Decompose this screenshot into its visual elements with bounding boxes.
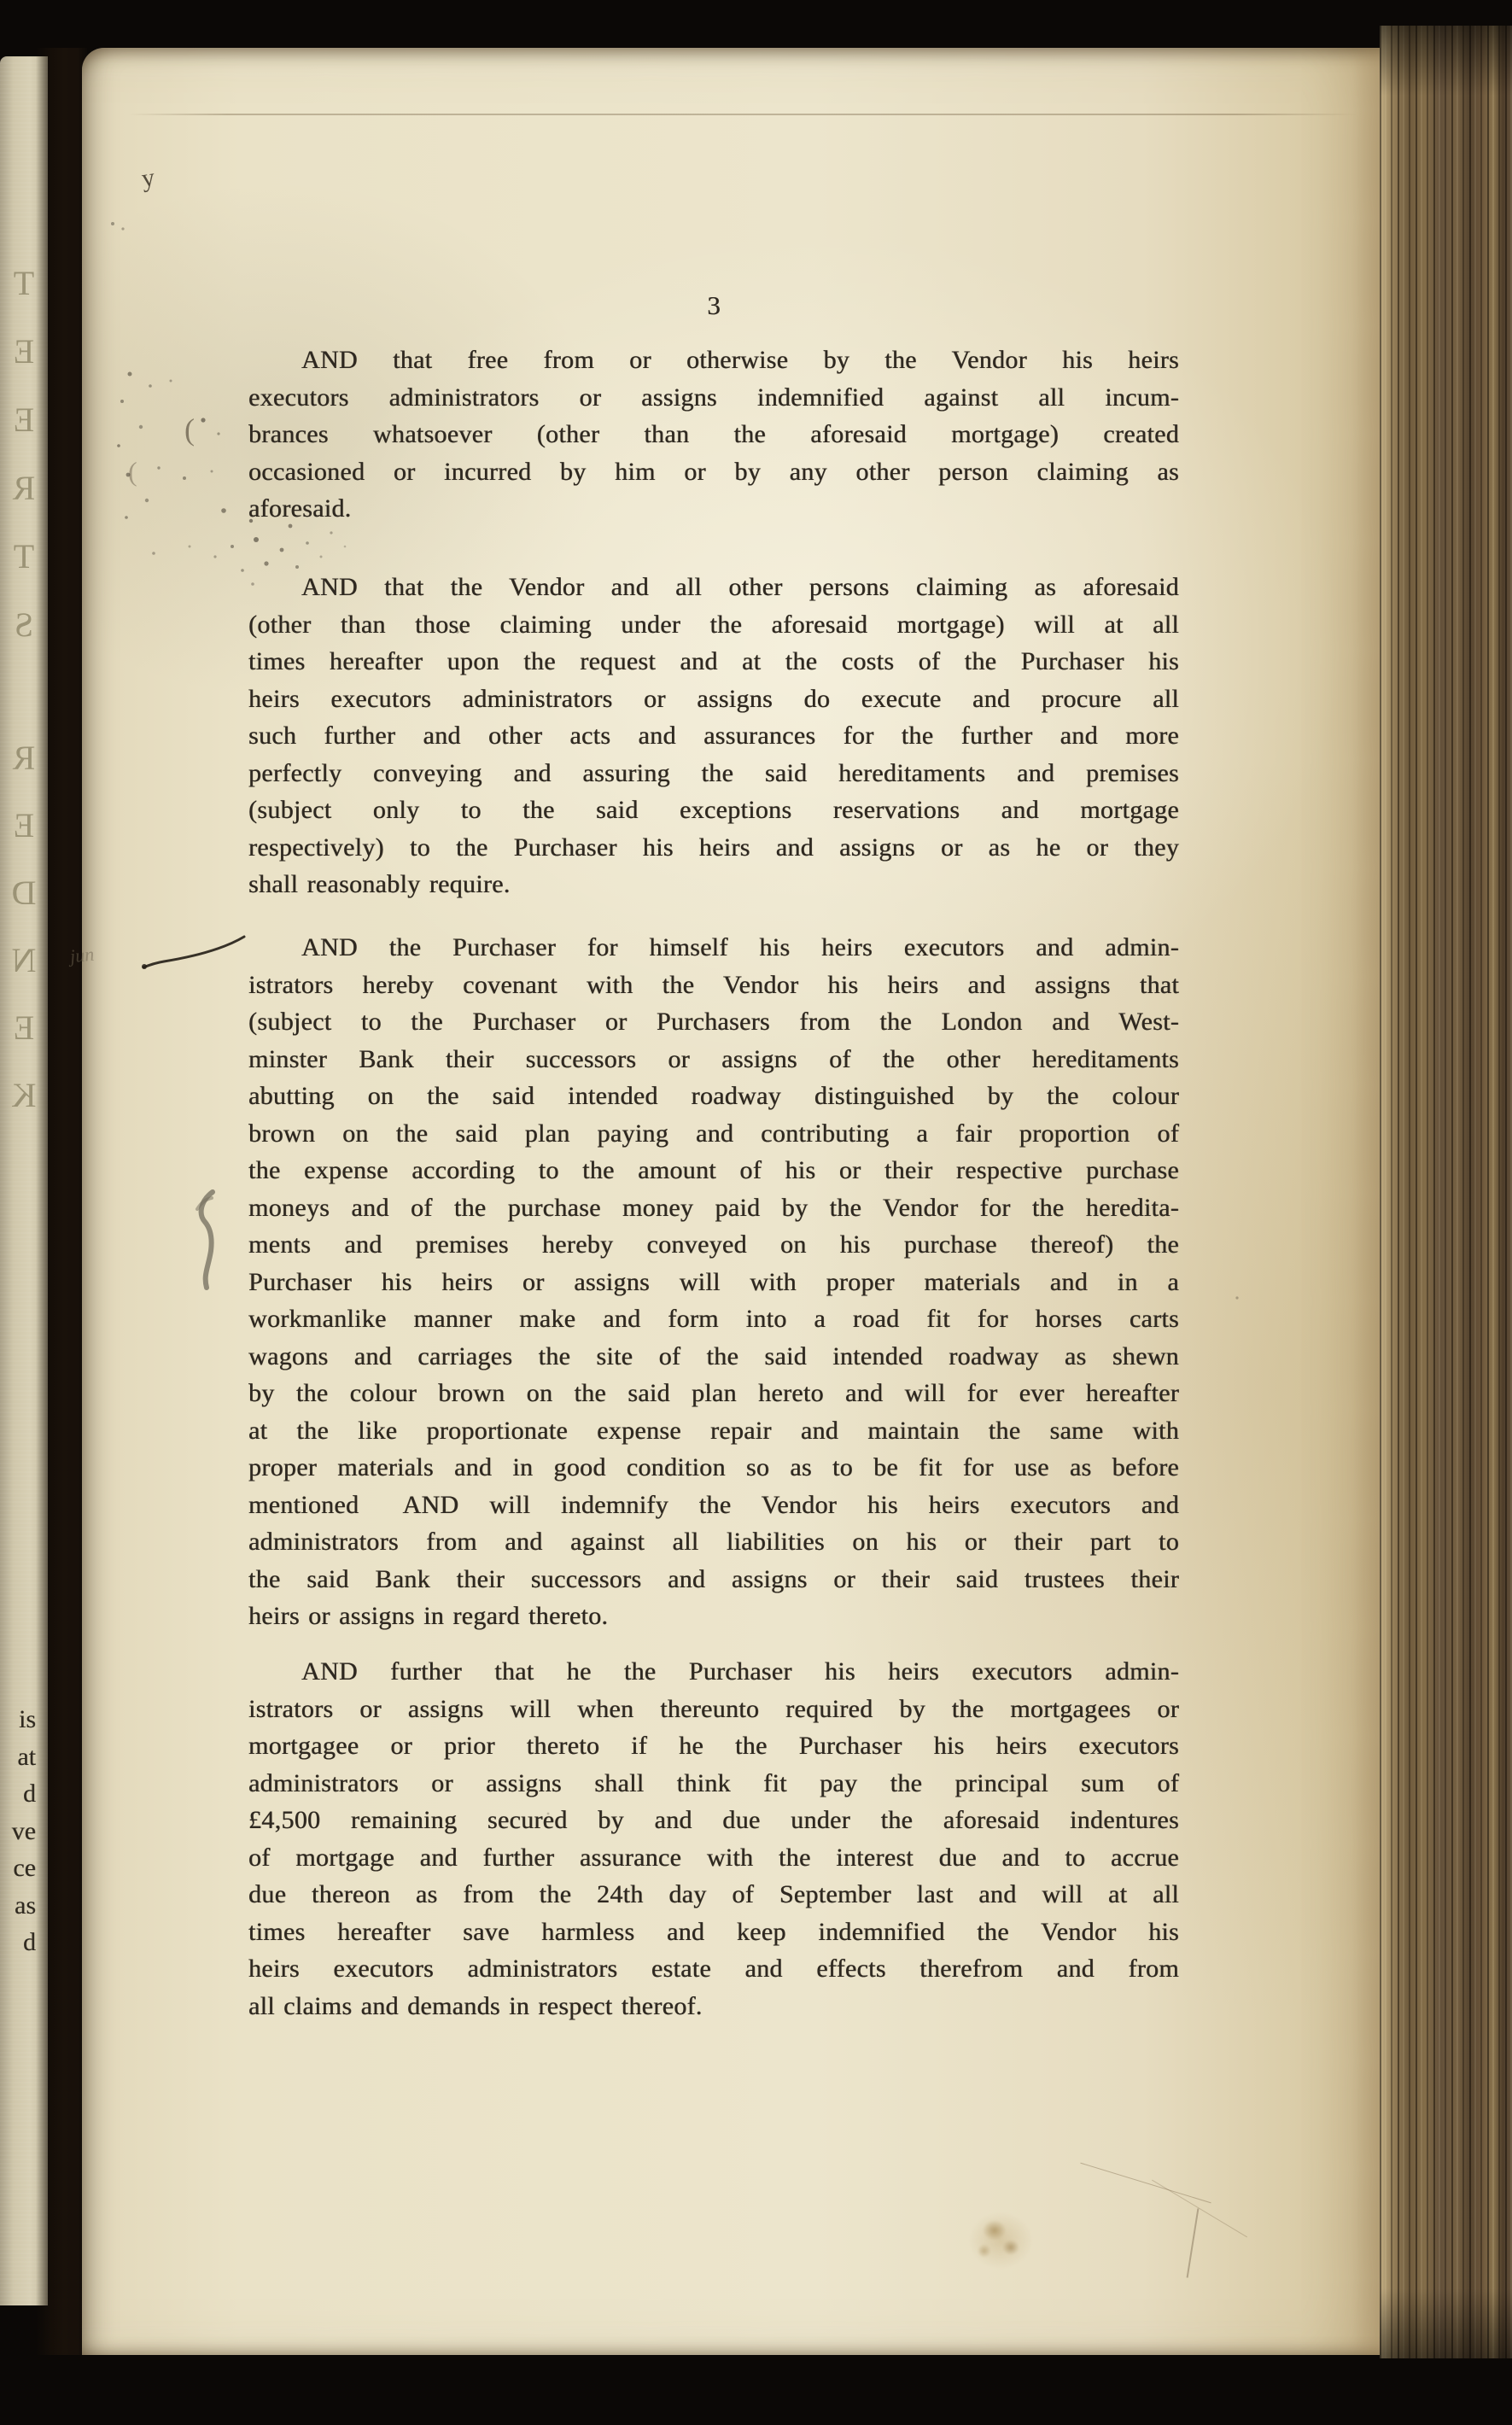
text-line: moneys and of the purchase money paid by… [248, 1189, 1179, 1227]
paper-crease [128, 114, 1357, 115]
text-line: wagons and carriages the site of the sai… [248, 1338, 1179, 1376]
text-line: Purchaser his heirs or assigns will with… [248, 1264, 1179, 1301]
stain [949, 2198, 1052, 2283]
text-line: the expense according to the amount of h… [248, 1152, 1179, 1189]
text-line: by the colour brown on the said plan her… [248, 1375, 1179, 1412]
text-line: mortgagee or prior thereto if he the Pur… [248, 1727, 1179, 1765]
text-line: aforesaid. [248, 490, 1179, 528]
pencil-note: jun [69, 944, 96, 968]
text-line: times hereafter save harmless and keep i… [248, 1914, 1179, 1951]
edge-text-fragment: at [0, 1738, 36, 1776]
edge-text-fragment: d [0, 1924, 36, 1961]
text-line: administrators or assigns shall think fi… [248, 1765, 1179, 1803]
text-line: heirs executors administrators estate an… [248, 1950, 1179, 1988]
text-line: such further and other acts and assuranc… [248, 717, 1179, 755]
book-scan: TEERTS REDNEK isatdveceasd 3 AND that fr… [0, 0, 1512, 2425]
text-line: respectively) to the Purchaser his heirs… [248, 829, 1179, 867]
text-line: abutting on the said intended roadway di… [248, 1078, 1179, 1115]
paragraph-2: AND that the Vendor and all other person… [248, 569, 1179, 903]
text-line: AND that free from or otherwise by the V… [248, 342, 1179, 379]
text-line: executors administrators or assigns inde… [248, 379, 1179, 417]
paragraph-4: AND further that he the Purchaser his he… [248, 1653, 1179, 2025]
text-line: brances whatsoever (other than the afore… [248, 416, 1179, 453]
page-number: 3 [248, 290, 1179, 321]
text-line: all claims and demands in respect thereo… [248, 1988, 1179, 2025]
page-edge-stack [1380, 26, 1512, 2358]
text-line: occasioned or incurred by him or by any … [248, 453, 1179, 491]
text-line: heirs executors administrators or assign… [248, 681, 1179, 718]
text-line: times hereafter upon the request and at … [248, 643, 1179, 681]
document-page: 3 AND that free from or otherwise by the… [82, 48, 1405, 2355]
text-line: the said Bank their successors and assig… [248, 1561, 1179, 1598]
text-line: perfectly conveying and assuring the sai… [248, 755, 1179, 792]
text-line: administrators from and against all liab… [248, 1523, 1179, 1561]
text-line: ments and premises hereby conveyed on hi… [248, 1226, 1179, 1264]
gutter-shadow [36, 48, 87, 2355]
text-line: of mortgage and further assurance with t… [248, 1839, 1179, 1877]
paragraph-1: AND that free from or otherwise by the V… [248, 342, 1179, 528]
edge-text-fragment: as [0, 1887, 36, 1925]
paragraph-3: AND the Purchaser for himself his heirs … [248, 929, 1179, 1635]
stray-paren-mark: ( [128, 456, 137, 488]
text-block: 3 AND that free from or otherwise by the… [248, 48, 1179, 2355]
text-line: shall reasonably require. [248, 866, 1179, 903]
edge-text-fragment: ce [0, 1849, 36, 1887]
text-line: minster Bank their successors or assigns… [248, 1041, 1179, 1078]
text-line: AND that the Vendor and all other person… [248, 569, 1179, 606]
text-line: istrators hereby covenant with the Vendo… [248, 967, 1179, 1004]
edge-text-fragment: is [0, 1701, 36, 1738]
text-line: brown on the said plan paying and contri… [248, 1115, 1179, 1153]
text-line: heirs or assigns in regard thereto. [248, 1598, 1179, 1635]
text-line: AND further that he the Purchaser his he… [248, 1653, 1179, 1691]
edge-text-fragment: ve [0, 1813, 36, 1850]
text-line: proper materials and in good condition s… [248, 1449, 1179, 1487]
text-line: mentioned AND will indemnify the Vendor … [248, 1487, 1179, 1524]
text-line: at the like proportionate expense repair… [248, 1412, 1179, 1450]
text-line: workmanlike manner make and form into a … [248, 1300, 1179, 1338]
text-line: due thereon as from the 24th day of Sept… [248, 1876, 1179, 1914]
edge-text-fragments: isatdveceasd [0, 1701, 36, 1961]
text-line: £4,500 remaining secured by and due unde… [248, 1802, 1179, 1839]
text-line: istrators or assigns will when thereunto… [248, 1691, 1179, 1728]
text-line: (subject only to the said exceptions res… [248, 792, 1179, 829]
stray-paren-mark: ( [184, 412, 195, 447]
text-line: AND the Purchaser for himself his heirs … [248, 929, 1179, 967]
text-line: (other than those claiming under the afo… [248, 606, 1179, 644]
text-line: (subject to the Purchaser or Purchasers … [248, 1003, 1179, 1041]
edge-text-fragment: d [0, 1775, 36, 1813]
